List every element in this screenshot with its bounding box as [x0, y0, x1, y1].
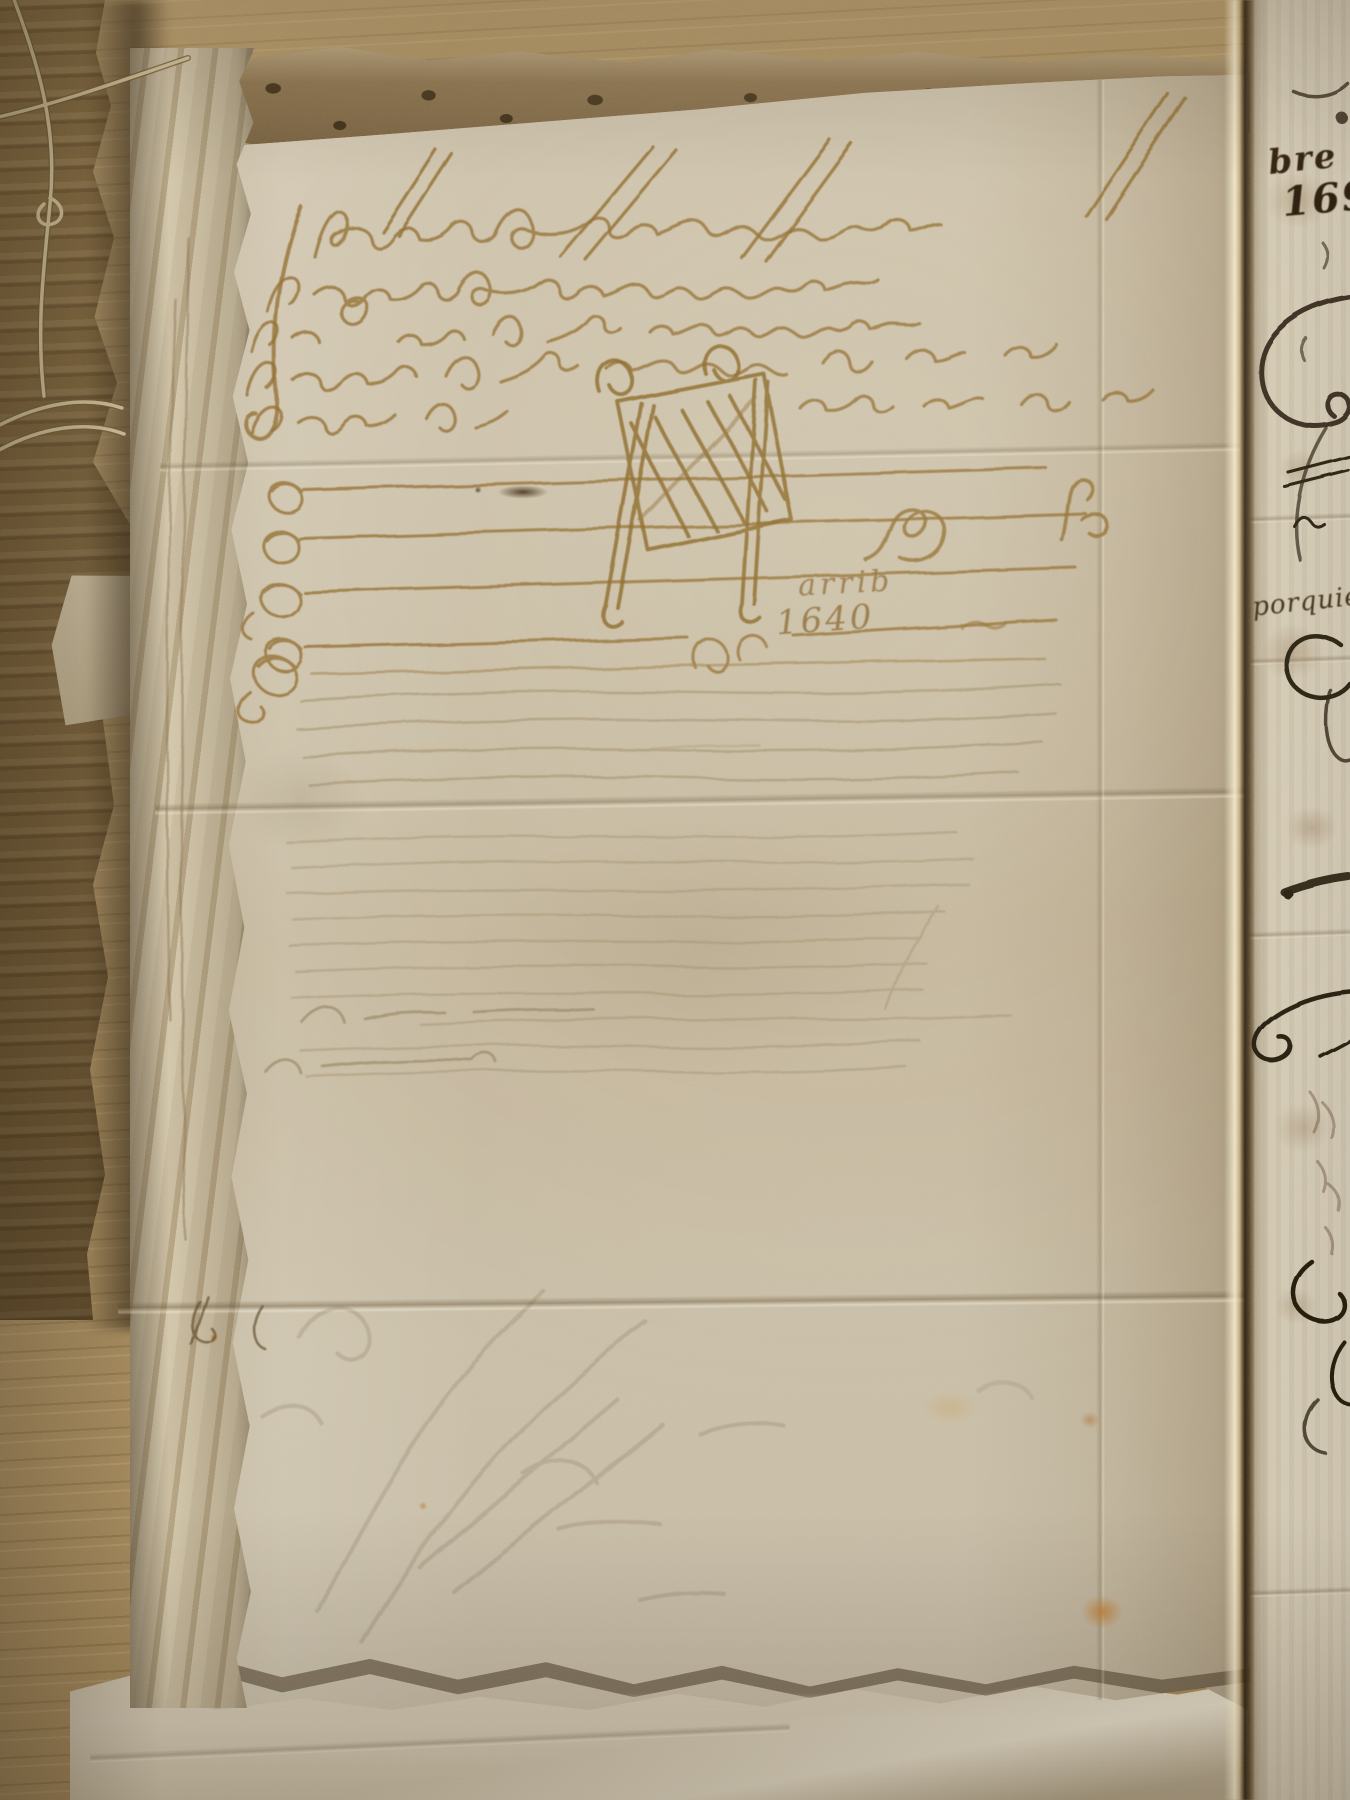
main-page [150, 70, 1248, 1710]
manuscript-photo: arrib 1640 bre 25 1693 porquien [0, 0, 1350, 1800]
gutter-shadow [1240, 0, 1254, 1800]
right-page [1250, 0, 1350, 1800]
